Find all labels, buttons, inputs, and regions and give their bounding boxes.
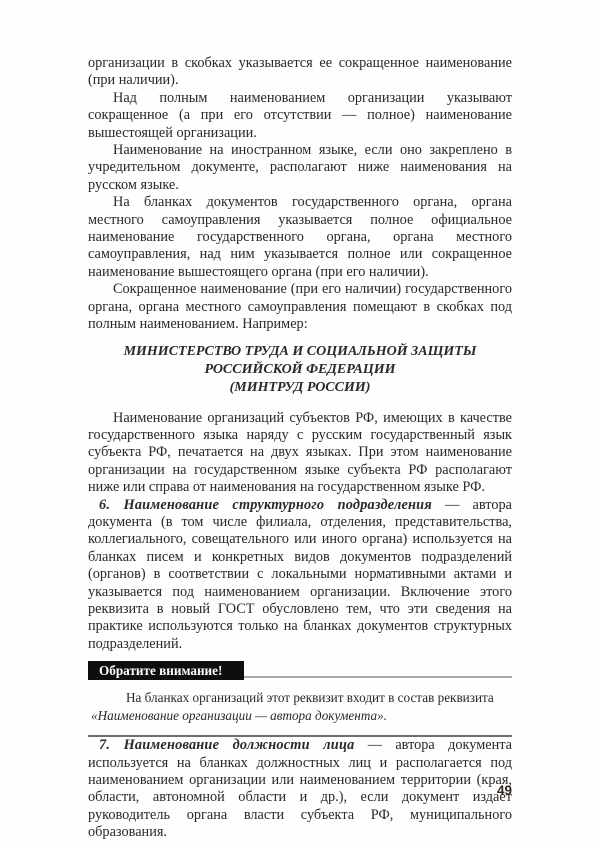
section-6-paragraph: 6. Наименование структурного подразделен…: [88, 497, 512, 654]
section-6-text: — автора документа (в том числе филиала,…: [88, 497, 512, 652]
paragraph: Наименование организаций субъектов РФ, и…: [88, 410, 512, 497]
paragraph: Над полным наименованием организации ука…: [88, 90, 512, 142]
notice-text-reference: «Наименование организации — автора докум…: [88, 707, 512, 725]
notice-label: Обратите внимание!: [88, 661, 244, 680]
paragraph: На бланках документов государственного о…: [88, 194, 512, 281]
notice-box: Обратите внимание!: [88, 661, 512, 680]
paragraph: Наименование на иностранном языке, если …: [88, 142, 512, 194]
notice-text-line: На бланках организаций этот реквизит вхо…: [88, 689, 512, 707]
example-organization-name: МИНИСТЕРСТВО ТРУДА И СОЦИАЛЬНОЙ ЗАЩИТЫ Р…: [88, 343, 512, 397]
book-page: организации в скобках указывается ее сок…: [0, 0, 600, 849]
paragraph: Сокращенное наименование (при его наличи…: [88, 281, 512, 333]
text-block: организации в скобках указывается ее сок…: [88, 55, 512, 842]
example-line: МИНИСТЕРСТВО ТРУДА И СОЦИАЛЬНОЙ ЗАЩИТЫ: [88, 343, 512, 361]
page-number: 49: [88, 783, 512, 798]
section-6-heading: 6. Наименование структурного подразделен…: [99, 497, 432, 513]
paragraph-continuation: организации в скобках указывается ее сок…: [88, 55, 512, 90]
section-7-heading: 7. Наименование должности лица: [99, 737, 354, 753]
notice-text: На бланках организаций этот реквизит вхо…: [88, 689, 512, 725]
example-line: РОССИЙСКОЙ ФЕДЕРАЦИИ: [88, 361, 512, 379]
notice-rule: [244, 676, 512, 678]
example-line: (МИНТРУД РОССИИ): [88, 379, 512, 397]
